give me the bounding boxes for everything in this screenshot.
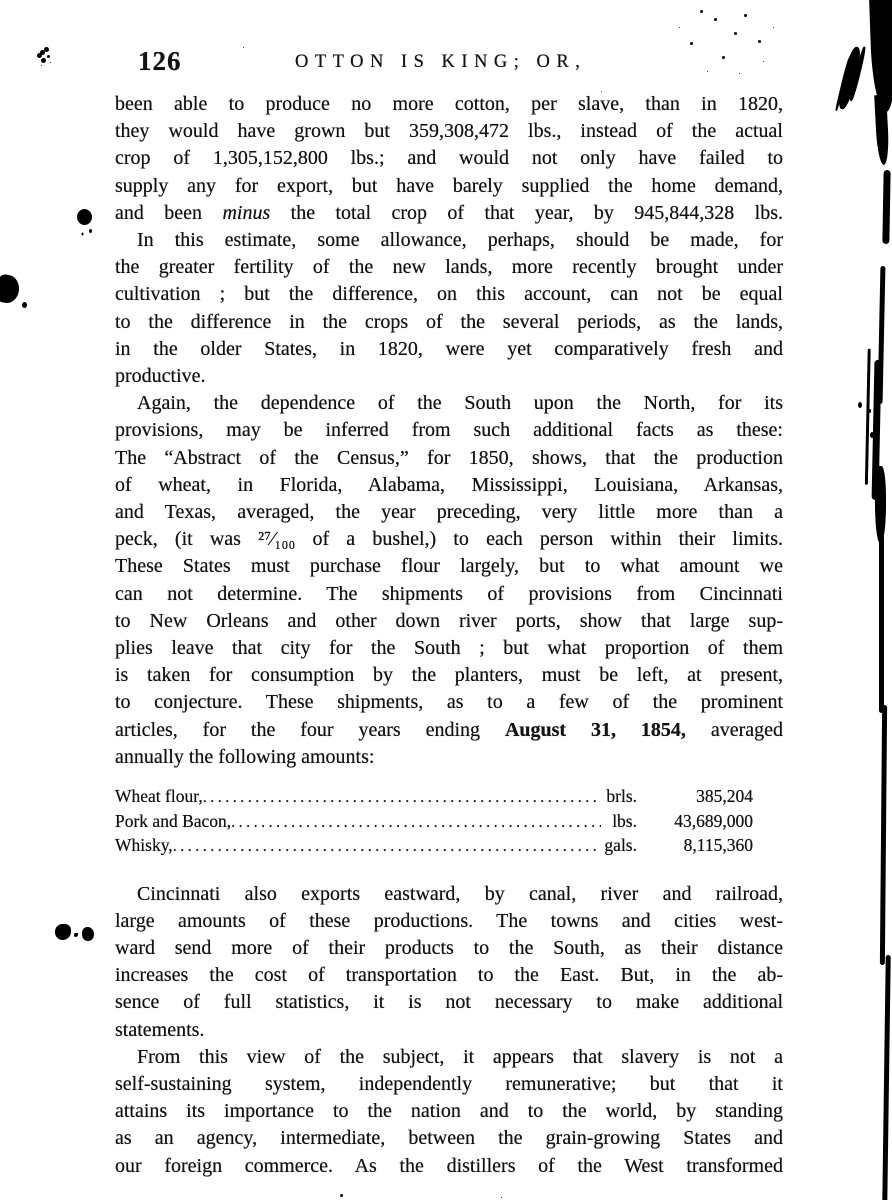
- binding-edge-mark: [875, 466, 886, 544]
- leader-dots: [231, 811, 601, 835]
- book-page-scan: 126 OTTON IS KING; OR, been able to prod…: [0, 0, 892, 1200]
- text-line: cultivation ; but the difference, on thi…: [115, 281, 783, 308]
- paragraph: been able to produce no more cotton, per…: [115, 91, 783, 227]
- text-line: and Texas, averaged, the year preceding,…: [115, 499, 783, 526]
- text-line: is taken for consumption by the planters…: [115, 662, 783, 689]
- text-line: self-sustaining system, independently re…: [115, 1071, 783, 1098]
- text-line: can not determine. The shipments of prov…: [115, 581, 783, 608]
- table-row: Pork and Bacon,lbs.43,689,000: [115, 810, 753, 835]
- scan-noise-specks: [700, 10, 703, 13]
- text-line: as an agency, intermediate, between the …: [115, 1125, 783, 1152]
- text-line: articles, for the four years ending Augu…: [115, 717, 783, 744]
- text-line: In this estimate, some allowance, perhap…: [115, 227, 783, 254]
- text-line: to the difference in the crops of the se…: [115, 309, 783, 336]
- text-line: our foreign commerce. As the distillers …: [115, 1153, 783, 1180]
- item-value: 43,689,000: [637, 810, 753, 834]
- item-label: Pork and Bacon,: [115, 810, 231, 834]
- text-line: Cincinnati also exports eastward, by can…: [115, 881, 783, 908]
- leader-dots: [173, 835, 601, 859]
- text-line: the greater fertility of the new lands, …: [115, 254, 783, 281]
- binding-edge-mark: [835, 45, 863, 110]
- binding-edge-mark: [882, 955, 890, 1200]
- text-line: provisions, may be inferred from such ad…: [115, 417, 783, 444]
- text-line: Again, the dependence of the South upon …: [115, 390, 783, 417]
- text-line: in the older States, in 1820, were yet c…: [115, 336, 783, 363]
- text-line: supply any for export, but have barely s…: [115, 173, 783, 200]
- text-line: ward send more of their products to the …: [115, 935, 783, 962]
- item-label: Whisky,: [115, 834, 173, 858]
- text-line: productive.: [115, 363, 783, 390]
- binding-edge-mark: [879, 535, 884, 713]
- shipments-table: Wheat flour,brls.385,204Pork and Bacon,l…: [115, 785, 753, 859]
- item-value: 385,204: [637, 785, 753, 809]
- binding-edge-mark: [878, 266, 886, 404]
- paragraph: In this estimate, some allowance, perhap…: [115, 227, 783, 390]
- ink-blot: [55, 924, 71, 940]
- text-line: statements.: [115, 1017, 783, 1044]
- text-line: large amounts of these productions. The …: [115, 908, 783, 935]
- scan-noise-specks: [858, 402, 862, 408]
- unit-label: lbs.: [601, 810, 637, 834]
- text-line: From this view of the subject, it appear…: [115, 1044, 783, 1071]
- text-block: been able to produce no more cotton, per…: [115, 91, 783, 1180]
- text-line: to conjecture. These shipments, as to a …: [115, 689, 783, 716]
- leader-dots: [203, 786, 601, 810]
- text-line: they would have grown but 359,308,472 lb…: [115, 118, 783, 145]
- scan-noise-specks: [340, 1194, 343, 1197]
- text-line: peck, (it was ²⁷⁄₁₀₀ of a bushel,) to ea…: [115, 526, 783, 553]
- binding-edge-mark: [880, 705, 887, 965]
- text-line: plies leave that city for the South ; bu…: [115, 635, 783, 662]
- text-line: annually the following amounts:: [115, 744, 783, 771]
- running-head-title: OTTON IS KING; OR,: [295, 52, 586, 73]
- text-line: and been minus the total crop of that ye…: [115, 200, 783, 227]
- paragraph: Cincinnati also exports eastward, by can…: [115, 881, 783, 1044]
- paragraph: From this view of the subject, it appear…: [115, 1044, 783, 1180]
- paragraph: Again, the dependence of the South upon …: [115, 390, 783, 771]
- ink-speck: [22, 302, 27, 308]
- text-line: of wheat, in Florida, Alabama, Mississip…: [115, 472, 783, 499]
- text-line: increases the cost of transportation to …: [115, 962, 783, 989]
- text-line: sence of full statistics, it is not nece…: [115, 989, 783, 1016]
- unit-label: gals.: [601, 834, 637, 858]
- text-line: crop of 1,305,152,800 lbs.; and would no…: [115, 145, 783, 172]
- ink-blot: [77, 209, 92, 225]
- text-line: been able to produce no more cotton, per…: [115, 91, 783, 118]
- ink-blot: [82, 927, 94, 941]
- binding-edge-mark: [882, 170, 890, 244]
- table-row: Whisky,gals.8,115,360: [115, 834, 753, 859]
- item-label: Wheat flour,: [115, 785, 203, 809]
- text-line: The “Abstract of the Census,” for 1850, …: [115, 445, 783, 472]
- ink-blot: [0, 273, 21, 305]
- ink-scribble-mark: [40, 50, 45, 55]
- page-number: 126: [138, 46, 182, 77]
- text-line: These States must purchase flour largely…: [115, 553, 783, 580]
- item-value: 8,115,360: [637, 834, 753, 858]
- table-row: Wheat flour,brls.385,204: [115, 785, 753, 810]
- text-line: to New Orleans and other down river port…: [115, 608, 783, 635]
- unit-label: brls.: [601, 785, 637, 809]
- text-line: attains its importance to the nation and…: [115, 1098, 783, 1125]
